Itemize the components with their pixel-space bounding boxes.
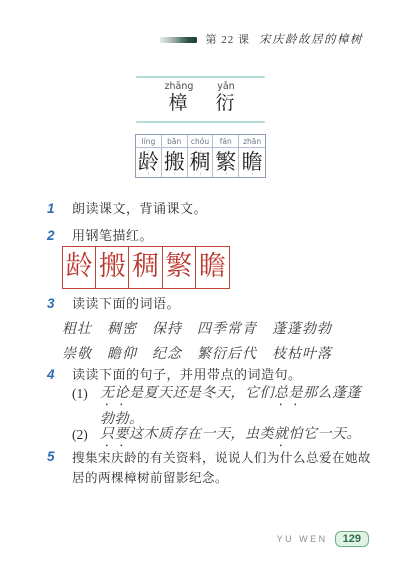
sentence-text: 只要这木质存在一天，虫类就怕它一天。 bbox=[100, 424, 370, 450]
lesson-number: 第 22 课 bbox=[206, 31, 251, 47]
exercise-text: 读读下面的句子，并用带点的词造句。 bbox=[72, 366, 302, 384]
exercise-text: 用钢笔描红。 bbox=[72, 227, 153, 245]
exercise-3: 3 读读下面的词语。 bbox=[47, 295, 180, 313]
grid-pinyin: bān bbox=[162, 135, 187, 148]
tracing-cell: 繁 bbox=[163, 247, 196, 288]
exercise-4: 4 读读下面的句子，并用带点的词造句。 bbox=[47, 366, 302, 384]
exercise-number: 3 bbox=[47, 295, 72, 313]
grid-character: 搬 bbox=[162, 148, 187, 177]
word-list-row-1: 粗壮 稠密 保持 四季常青 蓬蓬勃勃 bbox=[62, 318, 332, 338]
grid-cell: líng 龄 bbox=[136, 135, 162, 177]
exercise-2: 2 用钢笔描红。 bbox=[47, 227, 153, 245]
grid-pinyin: líng bbox=[136, 135, 161, 148]
grid-cell: bān 搬 bbox=[162, 135, 188, 177]
footer-label: YU WEN bbox=[277, 534, 328, 544]
grid-cell: chóu 稠 bbox=[188, 135, 214, 177]
pinyin-label: yǎn bbox=[217, 81, 234, 92]
lesson-title: 宋庆龄故居的樟树 bbox=[259, 31, 363, 47]
sentence-marker: (1) bbox=[72, 383, 100, 430]
new-characters-section: zhāng 樟 yǎn 衍 bbox=[136, 76, 265, 123]
exercise-5: 5 搜集宋庆龄的有关资料，说说人们为什么总爱在她故居的两棵樟树前留影纪念。 bbox=[47, 448, 374, 488]
grid-character: 龄 bbox=[136, 148, 161, 177]
page-number-badge: 129 bbox=[335, 531, 369, 547]
grid-pinyin: fán bbox=[213, 135, 238, 148]
grid-character: 稠 bbox=[188, 148, 213, 177]
tracing-cell: 龄 bbox=[63, 247, 96, 288]
textbook-page: 第 22 课 宋庆龄故居的樟树 zhāng 樟 yǎn 衍 líng 龄 bān… bbox=[0, 0, 400, 569]
page-header: 第 22 课 宋庆龄故居的樟树 bbox=[160, 31, 364, 47]
sentence-2: (2) 只要这木质存在一天，虫类就怕它一天。 bbox=[72, 424, 370, 450]
sentence-text: 无论是夏天还是冬天，它们总是那么蓬蓬勃勃。 bbox=[100, 383, 370, 430]
grid-character: 瞻 bbox=[239, 148, 265, 177]
exercise-number: 5 bbox=[47, 448, 72, 466]
character-grid: líng 龄 bān 搬 chóu 稠 fán 繁 zhān 瞻 bbox=[135, 134, 266, 178]
exercise-text: 朗读课文，背诵课文。 bbox=[72, 200, 207, 218]
character: 樟 bbox=[168, 92, 189, 116]
new-characters-body: zhāng 樟 yǎn 衍 bbox=[136, 78, 265, 121]
grid-character: 繁 bbox=[213, 148, 238, 177]
grid-cell: zhān 瞻 bbox=[239, 135, 265, 177]
sentence-marker: (2) bbox=[72, 424, 100, 450]
header-accent-bar bbox=[160, 37, 197, 43]
page-footer: YU WEN 129 bbox=[277, 531, 369, 547]
exercise-number: 2 bbox=[47, 227, 72, 245]
sentence-1: (1) 无论是夏天还是冬天，它们总是那么蓬蓬勃勃。 bbox=[72, 383, 370, 430]
exercise-1: 1 朗读课文，背诵课文。 bbox=[47, 200, 207, 218]
new-character-item: zhāng 樟 bbox=[165, 81, 194, 116]
exercise-text: 搜集宋庆龄的有关资料，说说人们为什么总爱在她故居的两棵樟树前留影纪念。 bbox=[72, 448, 374, 488]
tracing-cell: 稠 bbox=[129, 247, 162, 288]
character: 衍 bbox=[215, 92, 236, 116]
tracing-cell: 瞻 bbox=[196, 247, 229, 288]
divider-line-bottom bbox=[136, 121, 265, 123]
grid-pinyin: chóu bbox=[188, 135, 213, 148]
exercise-text: 读读下面的词语。 bbox=[72, 295, 180, 313]
exercise-number: 4 bbox=[47, 366, 72, 384]
tracing-cell: 搬 bbox=[96, 247, 129, 288]
exercise-number: 1 bbox=[47, 200, 72, 218]
grid-pinyin: zhān bbox=[239, 135, 265, 148]
new-character-item: yǎn 衍 bbox=[215, 81, 236, 116]
grid-cell: fán 繁 bbox=[213, 135, 239, 177]
word-list-row-2: 崇敬 瞻仰 纪念 繁衍后代 枝枯叶落 bbox=[62, 343, 332, 363]
tracing-box: 龄 搬 稠 繁 瞻 bbox=[62, 246, 230, 289]
pinyin-label: zhāng bbox=[165, 81, 194, 92]
